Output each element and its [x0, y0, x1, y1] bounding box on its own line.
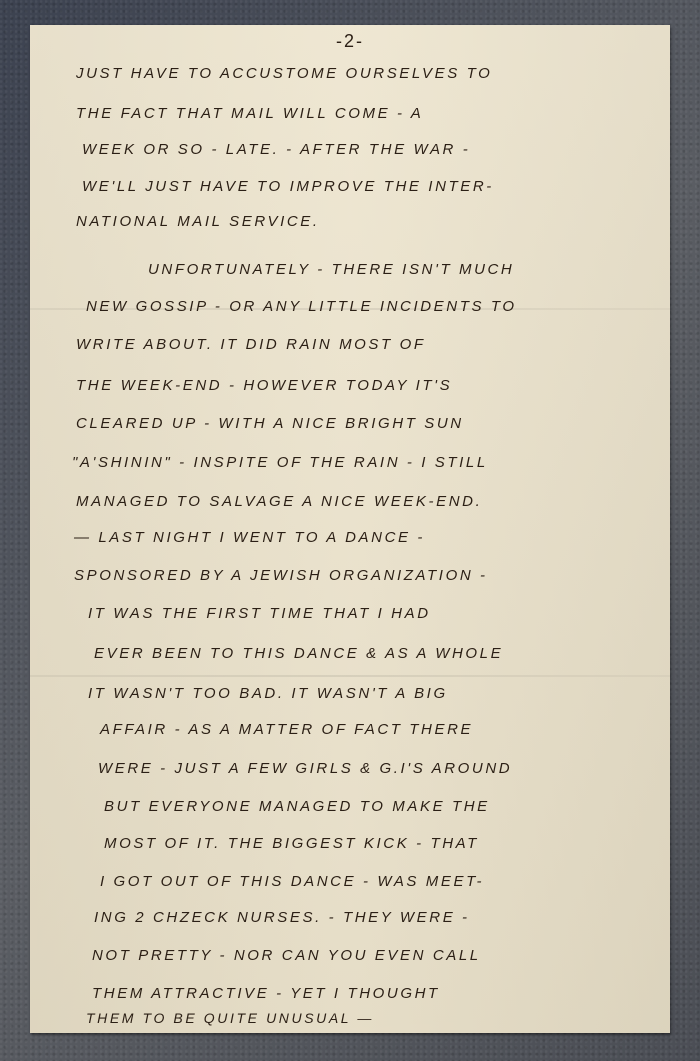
letter-line-15: it was the first time that I had	[88, 605, 431, 622]
letter-line-9: the week-end - however today it's	[76, 377, 452, 394]
letter-line-20: but everyone managed to make the	[104, 798, 490, 815]
letter-line-8: write about. It did rain most of	[76, 336, 426, 353]
letter-line-26: them to be quite unusual —	[86, 1010, 374, 1026]
letter-line-2: the fact that mail will come - a	[76, 105, 423, 122]
letter-line-1: Just have to accustome ourselves to	[76, 65, 492, 82]
letter-line-10: cleared up - with a nice bright sun	[76, 415, 464, 432]
letter-line-14: sponsored by a Jewish organization -	[74, 567, 488, 584]
letter-line-24: not pretty - nor can you even call	[92, 947, 481, 964]
letter-line-22: I got out of this dance - was meet-	[100, 873, 484, 890]
letter-line-13: — Last night I went to a dance -	[74, 529, 425, 546]
page-number: -2-	[30, 31, 670, 52]
letter-line-16: ever been to this dance & as a whole	[94, 645, 503, 662]
letter-line-5: national mail service.	[76, 213, 320, 230]
letter-line-19: were - just a few girls & G.I's around	[98, 760, 512, 777]
letter-line-25: them attractive - yet I thought	[92, 985, 440, 1002]
letter-line-6: Unfortunately - there isn't much	[148, 261, 514, 278]
letter-line-21: most of it. The biggest kick - that	[104, 835, 479, 852]
letter-line-17: it wasn't too bad. It wasn't a big	[88, 685, 448, 702]
letter-line-23: ing 2 Chzeck nurses. - They were -	[94, 909, 470, 926]
letter-line-4: we'll just have to improve the inter-	[82, 178, 494, 195]
paper-fold-line	[30, 675, 670, 677]
letter-line-3: week or so - late. - After the war -	[82, 141, 470, 158]
letter-page: -2- Just have to accustome ourselves to …	[30, 25, 670, 1033]
letter-line-7: new gossip - or any little incidents to	[86, 298, 517, 315]
letter-line-18: affair - as a matter of fact there	[100, 721, 473, 738]
letter-line-11: "A'shinin" - Inspite of the rain - I sti…	[72, 454, 488, 471]
letter-line-12: managed to salvage a nice week-end.	[76, 493, 482, 510]
